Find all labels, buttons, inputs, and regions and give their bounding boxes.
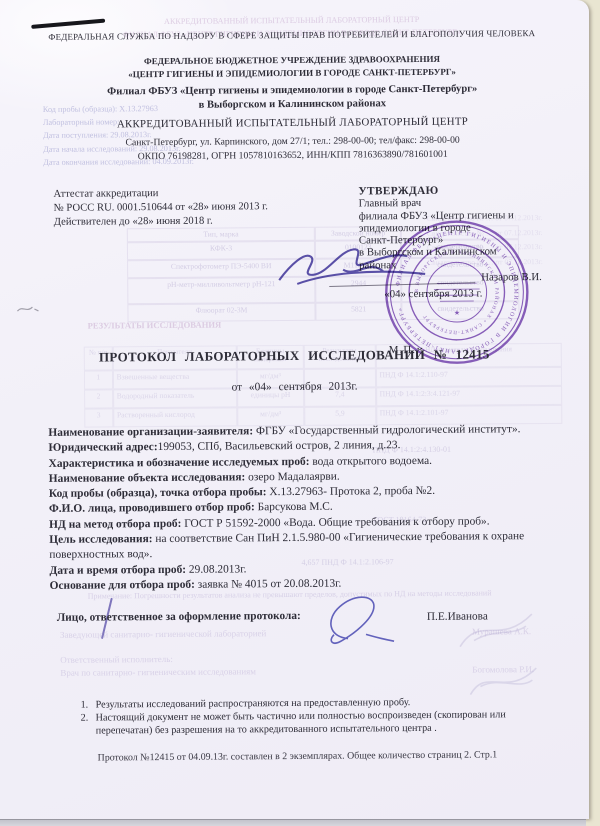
field-value: озеро Мадалаярви. [245, 471, 340, 484]
document-content: АККРЕДИТОВАННЫЙ ИСПЫТАТЕЛЬНЫЙ ЛАБОРАТОРН… [0, 0, 600, 826]
signoff-name: П.Е.Иванова [427, 610, 488, 622]
ghost-results-heading: РЕЗУЛЬТАТЫ ИССЛЕДОВАНИЯ [88, 320, 222, 331]
margin-squiggle-mark [15, 302, 41, 316]
footer-summary: Протокол №12415 от 04.09.13г. составлен … [3, 749, 592, 765]
field-value: заявка № 4015 от 20.08.2013г. [195, 578, 342, 591]
header-contacts: Санкт-Петербург, ул. Карпинского, дом 27… [0, 133, 587, 165]
ghost-signatory-row: Заведующей санитарно- гигиенической лабо… [60, 628, 266, 640]
ivanova-signature [320, 592, 402, 647]
accreditation-line2: № РОСС RU. 0001.510644 от «28» июня 2013… [54, 200, 268, 215]
accreditation-line3: Действителен до «28» июня 2018 г. [54, 214, 268, 229]
header-branch: Филиал ФБУЗ «Центр гигиены и эпидемиолог… [0, 82, 587, 115]
ghost-signatory-row: Врач по санитарно- гигиеническим исследо… [60, 666, 256, 678]
field-label: Дата и время отбора проб: [49, 563, 186, 576]
field-value: ГОСТ Р 51592-2000 «Вода. Общие требовани… [181, 515, 489, 529]
accreditation-block: Аттестат аккредитации № РОСС RU. 0001.51… [53, 186, 268, 229]
note-number: 1. [80, 699, 95, 712]
header-organization: ФЕДЕРАЛЬНОЕ БЮДЖЕТНОЕ УЧРЕЖДЕНИЕ ЗДРАВОО… [0, 52, 587, 82]
field-label: Наименование объекта исследования: [49, 471, 246, 485]
field-label: НД на метод отбора проб: [49, 518, 181, 531]
field-value: 199053, СПб, Васильевский остров, 2 лини… [158, 439, 401, 453]
field-label: Ф.И.О. лица, проводившего отбор проб: [49, 502, 255, 516]
nazarov-signature [271, 233, 436, 298]
field-label: Юридический адрес: [48, 441, 157, 454]
field-label: Основание для отбора проб: [50, 579, 195, 592]
field-value: 29.08.2013г. [186, 563, 246, 575]
field-value: ФГБУ «Государственный гидрологический ин… [253, 423, 520, 437]
note-number: 2. [81, 712, 96, 739]
field-value: вода открытого водоема. [309, 454, 432, 467]
ghost-signatory-row: Ответственный исполнитель: [60, 654, 173, 665]
ghost-text-line: АККРЕДИТОВАННЫЙ ИСПЫТАТЕЛЬНЫЙ ЛАБОРАТОРН… [0, 14, 586, 28]
protocol-body: Наименование организации-заявителя: ФГБУ… [48, 422, 553, 594]
field-label: Наименование организации-заявителя: [48, 425, 253, 439]
note-text: Настоящий документ не может быть частичн… [96, 708, 539, 738]
footer-notes: 1. Результаты исследований распространяю… [80, 695, 538, 738]
field-value: Х.13.27963- Протока 2, проба №2. [267, 485, 436, 498]
stamp-star: ★ [454, 309, 460, 317]
footer-note: 2. Настоящий документ не может быть част… [81, 708, 539, 738]
field-purpose: Цель исследования: на соответствие Сан П… [49, 529, 553, 564]
scanned-protocol-page: АККРЕДИТОВАННЫЙ ИСПЫТАТЕЛЬНЫЙ ЛАБОРАТОРН… [0, 0, 600, 826]
field-value: Барсукова М.С. [255, 501, 333, 514]
field-label: Код пробы (образца), точка отбора пробы: [49, 486, 267, 500]
field-label: Характеристика и обозначение исследуемых… [49, 455, 310, 469]
signoff-label: Лицо, ответственное за оформление проток… [57, 610, 301, 624]
field-label: Цель исследования: [49, 533, 152, 546]
